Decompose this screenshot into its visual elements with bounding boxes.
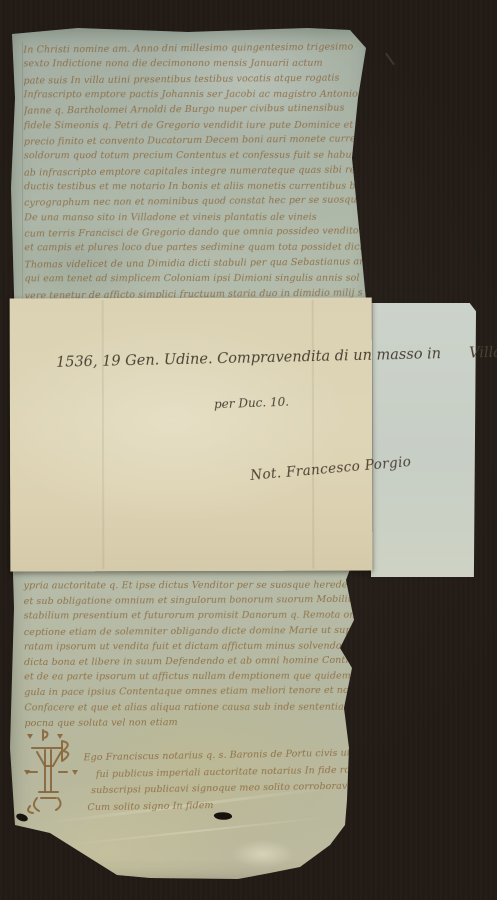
manuscript-line: et campis et plures loco due partes sedi… [24, 240, 362, 256]
manuscript-line: ceptione etiam de solemniter obligando d… [24, 622, 354, 640]
manuscript-line: sexto Indictione nona die decimonono men… [23, 56, 361, 72]
manuscript-line: soldorum quod totum precium Contentus et… [24, 148, 362, 164]
manuscript-line: ypria auctoritate q. Et ipse dictus Vend… [24, 578, 354, 594]
manuscript-line: stabilium presentium et futurorum promis… [24, 608, 354, 624]
manuscript-line: Janne q. Bartholomei Arnoldi de Burgo nu… [24, 101, 362, 120]
backdrop-scratch [385, 53, 395, 66]
notary-signum-icon [22, 726, 82, 814]
manuscript-line: et de ea parte ipsorum ut affictus nulla… [24, 669, 354, 685]
notary-subscription: Ego Franciscus notarius q. s. Baronis de… [83, 746, 350, 817]
manuscript-top-text: In Christi nomine am. Anno dni millesimo… [23, 40, 362, 303]
manuscript-line: gula in pace ipsius Contentaque omnes et… [24, 683, 354, 701]
manuscript-lower-text: ypria auctoritate q. Et ipse dictus Vend… [23, 577, 354, 731]
overlay-note-sheet [10, 298, 373, 572]
manuscript-line: qui eam tenet ad simplicem Coloniam ipsi… [25, 271, 363, 287]
note-price-line: per Duc. 10. [214, 395, 290, 412]
note-fold-crease [102, 300, 105, 569]
blue-backing-sheet [371, 303, 476, 577]
manuscript-line: ratam ipsorum ut vendita fuit et dictam … [24, 638, 354, 654]
photo-backdrop: In Christi nomine am. Anno dni millesimo… [0, 0, 497, 900]
manuscript-line: Confacere et que et alias aliqua ratione… [24, 699, 354, 715]
parchment-fold-highlight [218, 834, 308, 874]
note-place: Villadona [469, 344, 497, 362]
manuscript-line: cyrographum nec non et nominibus quod co… [24, 193, 362, 212]
note-fold-crease [312, 300, 315, 569]
